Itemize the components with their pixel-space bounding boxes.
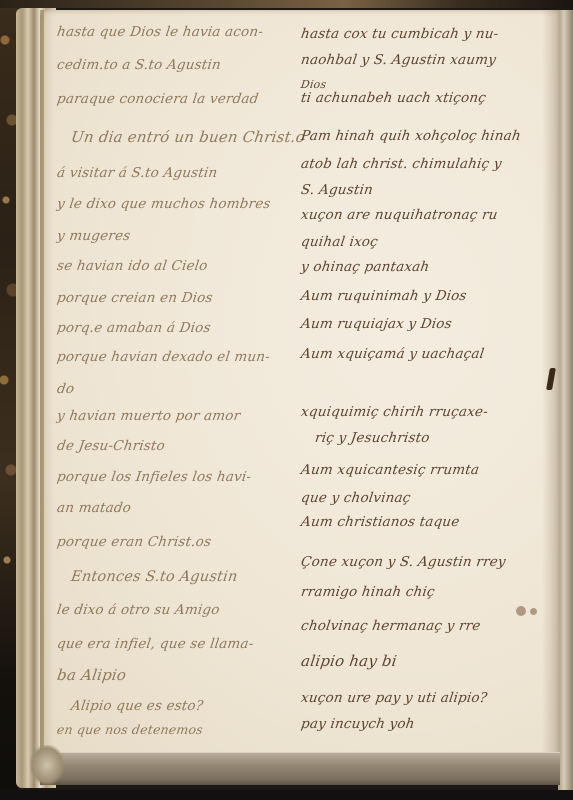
maya-line: Aum ruquinimah y Dios bbox=[300, 288, 468, 304]
spanish-line: y le dixo que muchos hombres bbox=[56, 196, 272, 212]
spanish-line: porque havian dexado el mun- bbox=[56, 349, 271, 365]
maya-line: hasta cox tu cumbicah y nu- bbox=[300, 26, 500, 42]
spanish-line: de Jesu-Christo bbox=[56, 438, 166, 454]
spanish-line: porq.e amaban á Dios bbox=[56, 320, 212, 336]
maya-line: naohbal y S. Agustin xaumy bbox=[300, 52, 497, 68]
binding-top-edge bbox=[0, 0, 573, 8]
maya-line: S. Agustin bbox=[300, 182, 374, 198]
maya-line: ti achunabeh uach xtiçonç bbox=[300, 90, 487, 106]
spanish-line: Un dia entró un buen Christ.o bbox=[70, 128, 306, 146]
maya-line: atob lah christ. chimulahiç y bbox=[300, 156, 503, 172]
frayed-corner bbox=[30, 745, 64, 785]
ink-stain bbox=[530, 608, 537, 615]
spanish-line: an matado bbox=[56, 500, 132, 516]
spanish-line: y mugeres bbox=[56, 228, 131, 244]
spanish-line: do bbox=[56, 381, 75, 397]
water-damaged-bottom-margin bbox=[40, 752, 560, 785]
ink-stain bbox=[516, 606, 526, 616]
page-gutter bbox=[40, 10, 44, 765]
spanish-line: Alipio que es esto? bbox=[70, 698, 204, 714]
maya-line: alipio hay bi bbox=[300, 652, 398, 670]
manuscript-scan: hasta que Dios le havia acon- cedim.to a… bbox=[0, 0, 573, 800]
maya-line: Pam hinah quih xohçoloç hinah bbox=[300, 128, 522, 144]
maya-line: quihal ixoç bbox=[300, 234, 379, 250]
maya-line: y ohinaç pantaxah bbox=[300, 259, 431, 275]
maya-line: Aum ruquiajax y Dios bbox=[300, 316, 453, 332]
text-columns: hasta que Dios le havia acon- cedim.to a… bbox=[56, 24, 556, 744]
maya-line: Aum xquicantesiç rrumta bbox=[300, 462, 480, 478]
binding-bottom-edge bbox=[0, 790, 573, 800]
maya-line: que y cholvinaç bbox=[300, 490, 412, 506]
maya-line: xquiquimiç chirih rruçaxe- bbox=[300, 404, 489, 420]
maya-line: xuçon are nuquihatronaç ru bbox=[300, 207, 499, 223]
maya-line: Aum xquiçamá y uachaçal bbox=[300, 346, 485, 362]
spanish-line: porque los Infieles los havi- bbox=[56, 469, 252, 485]
spanish-line: á visitar á S.to Agustin bbox=[56, 165, 218, 181]
spanish-line: le dixo á otro su Amigo bbox=[56, 602, 221, 618]
maya-line: Çone xuçon y S. Agustin rrey bbox=[300, 554, 507, 570]
spanish-line: ba Alipio bbox=[56, 666, 128, 684]
spanish-line: hasta que Dios le havia acon- bbox=[56, 24, 264, 40]
spanish-line: que era infiel, que se llama- bbox=[56, 636, 255, 652]
maya-line: Aum christianos taque bbox=[300, 514, 461, 530]
spanish-line: paraque conociera la verdad bbox=[56, 91, 260, 107]
maya-line: riç y Jesuchristo bbox=[314, 430, 431, 446]
spanish-line: cedim.to a S.to Agustin bbox=[56, 57, 222, 73]
spanish-line: se havian ido al Cielo bbox=[56, 258, 209, 274]
spanish-line: y havian muerto por amor bbox=[56, 408, 241, 424]
maya-line: pay incuych yoh bbox=[300, 716, 416, 732]
maya-line: cholvinaç hermanaç y rre bbox=[300, 618, 482, 634]
maya-line: xuçon ure pay y uti alipio? bbox=[300, 690, 488, 706]
maya-line: rramigo hinah chiç bbox=[300, 584, 436, 600]
spanish-line: porque eran Christ.os bbox=[56, 534, 212, 550]
spanish-line: porque creian en Dios bbox=[56, 290, 214, 306]
spanish-line: Entonces S.to Agustin bbox=[70, 569, 239, 585]
page-right-edge bbox=[558, 10, 573, 790]
spanish-line: en que nos detenemos bbox=[56, 722, 204, 737]
